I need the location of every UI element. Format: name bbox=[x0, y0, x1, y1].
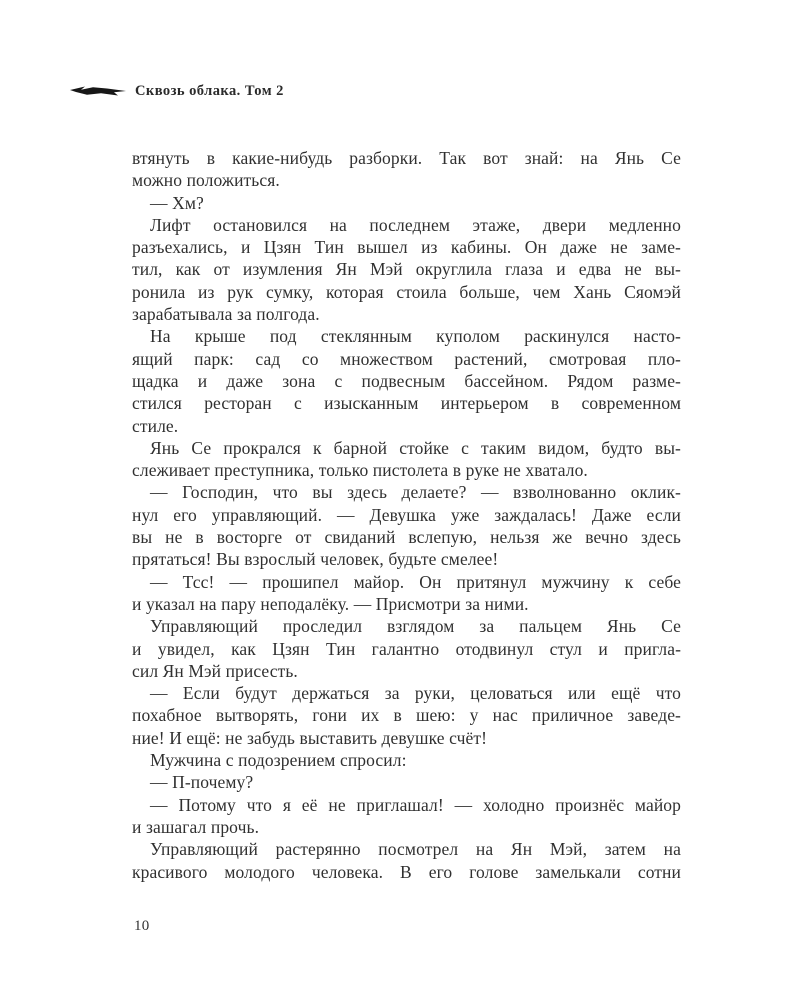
text-line: и указал на пару неподалёку. — Присмотри… bbox=[132, 593, 681, 615]
paragraph: Мужчина с подозрением спросил: bbox=[132, 749, 681, 771]
text-line: стился ресторан с изысканным интерьером … bbox=[132, 392, 681, 414]
paragraph: Управляющий проследил взглядом за пальце… bbox=[132, 615, 681, 682]
text-line: Управляющий проследил взглядом за пальце… bbox=[132, 615, 681, 637]
text-line: стиле. bbox=[132, 415, 681, 437]
paragraph: Янь Се прокрался к барной стойке с таким… bbox=[132, 437, 681, 482]
book-title: Сквозь облака. Том 2 bbox=[135, 83, 284, 100]
bird-logo-icon bbox=[70, 84, 126, 98]
running-header: Сквозь облака. Том 2 bbox=[70, 83, 284, 99]
paragraph: Лифт остановился на последнем этаже, две… bbox=[132, 214, 681, 325]
paragraph: Управляющий растерянно посмотрел на Ян М… bbox=[132, 838, 681, 883]
text-line: — Хм? bbox=[132, 192, 681, 214]
paragraph: — Потому что я её не приглашал! — холодн… bbox=[132, 794, 681, 839]
paragraph: втянуть в какие-нибудь разборки. Так вот… bbox=[132, 147, 681, 192]
paragraph: — П-почему? bbox=[132, 771, 681, 793]
text-line: слеживает преступника, только пистолета … bbox=[132, 459, 681, 481]
text-line: — Если будут держаться за руки, целовать… bbox=[132, 682, 681, 704]
text-line: красивого молодого человека. В его голов… bbox=[132, 861, 681, 883]
text-line: — Потому что я её не приглашал! — холодн… bbox=[132, 794, 681, 816]
text-line: ящий парк: сад со множеством растений, с… bbox=[132, 348, 681, 370]
book-page: Сквозь облака. Том 2 втянуть в какие-ниб… bbox=[0, 0, 800, 1000]
paragraph: — Тсс! — прошипел майор. Он притянул муж… bbox=[132, 571, 681, 616]
text-line: втянуть в какие-нибудь разборки. Так вот… bbox=[132, 147, 681, 169]
text-line: прятаться! Вы взрослый человек, будьте с… bbox=[132, 548, 681, 570]
text-line: — П-почему? bbox=[132, 771, 681, 793]
paragraph: На крыше под стеклянным куполом раскинул… bbox=[132, 325, 681, 436]
paragraph: — Хм? bbox=[132, 192, 681, 214]
text-line: ние! И ещё: не забудь выставить девушке … bbox=[132, 727, 681, 749]
text-line: сил Ян Мэй присесть. bbox=[132, 660, 681, 682]
page-text: втянуть в какие-нибудь разборки. Так вот… bbox=[132, 147, 681, 883]
text-line: разъехались, и Цзян Тин вышел из кабины.… bbox=[132, 236, 681, 258]
text-line: вы не в восторге от свиданий вслепую, не… bbox=[132, 526, 681, 548]
text-line: — Тсс! — прошипел майор. Он притянул муж… bbox=[132, 571, 681, 593]
text-line: щадка и даже зона с подвесным бассейном.… bbox=[132, 370, 681, 392]
text-line: и зашагал прочь. bbox=[132, 816, 681, 838]
page-footer: 10 bbox=[134, 917, 150, 935]
text-line: зарабатывала за полгода. bbox=[132, 303, 681, 325]
paragraph: — Господин, что вы здесь делаете? — взво… bbox=[132, 481, 681, 570]
text-line: похабное вытворять, гони их в шею: у нас… bbox=[132, 704, 681, 726]
text-line: можно положиться. bbox=[132, 169, 681, 191]
text-line: нул его управляющий. — Девушка уже зажда… bbox=[132, 504, 681, 526]
page-number: 10 bbox=[134, 918, 150, 934]
paragraph: — Если будут держаться за руки, целовать… bbox=[132, 682, 681, 749]
text-line: Мужчина с подозрением спросил: bbox=[132, 749, 681, 771]
text-line: Управляющий растерянно посмотрел на Ян М… bbox=[132, 838, 681, 860]
text-line: и увидел, как Цзян Тин галантно отодвину… bbox=[132, 638, 681, 660]
text-line: Янь Се прокрался к барной стойке с таким… bbox=[132, 437, 681, 459]
text-line: — Господин, что вы здесь делаете? — взво… bbox=[132, 481, 681, 503]
text-line: Лифт остановился на последнем этаже, две… bbox=[132, 214, 681, 236]
text-line: На крыше под стеклянным куполом раскинул… bbox=[132, 325, 681, 347]
text-line: тил, как от изумления Ян Мэй округлила г… bbox=[132, 258, 681, 280]
text-line: ронила из рук сумку, которая стоила боль… bbox=[132, 281, 681, 303]
